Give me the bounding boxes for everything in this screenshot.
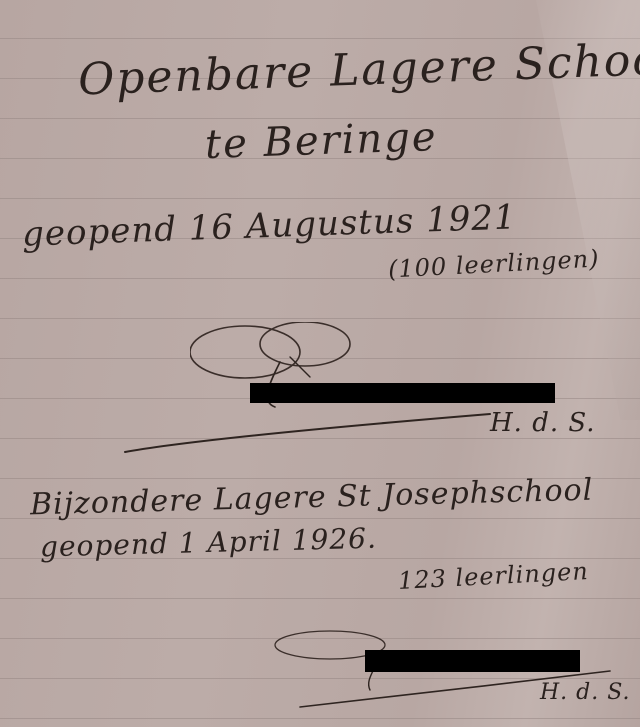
document-subtitle: te Beringe — [204, 114, 438, 168]
signer-role-1: H. d. S. — [490, 408, 596, 438]
signature-underline-1 — [120, 400, 500, 460]
signer-role-2: H. d. S. — [540, 680, 631, 705]
redaction-bar-1 — [250, 383, 555, 403]
redaction-bar-2 — [365, 650, 580, 672]
